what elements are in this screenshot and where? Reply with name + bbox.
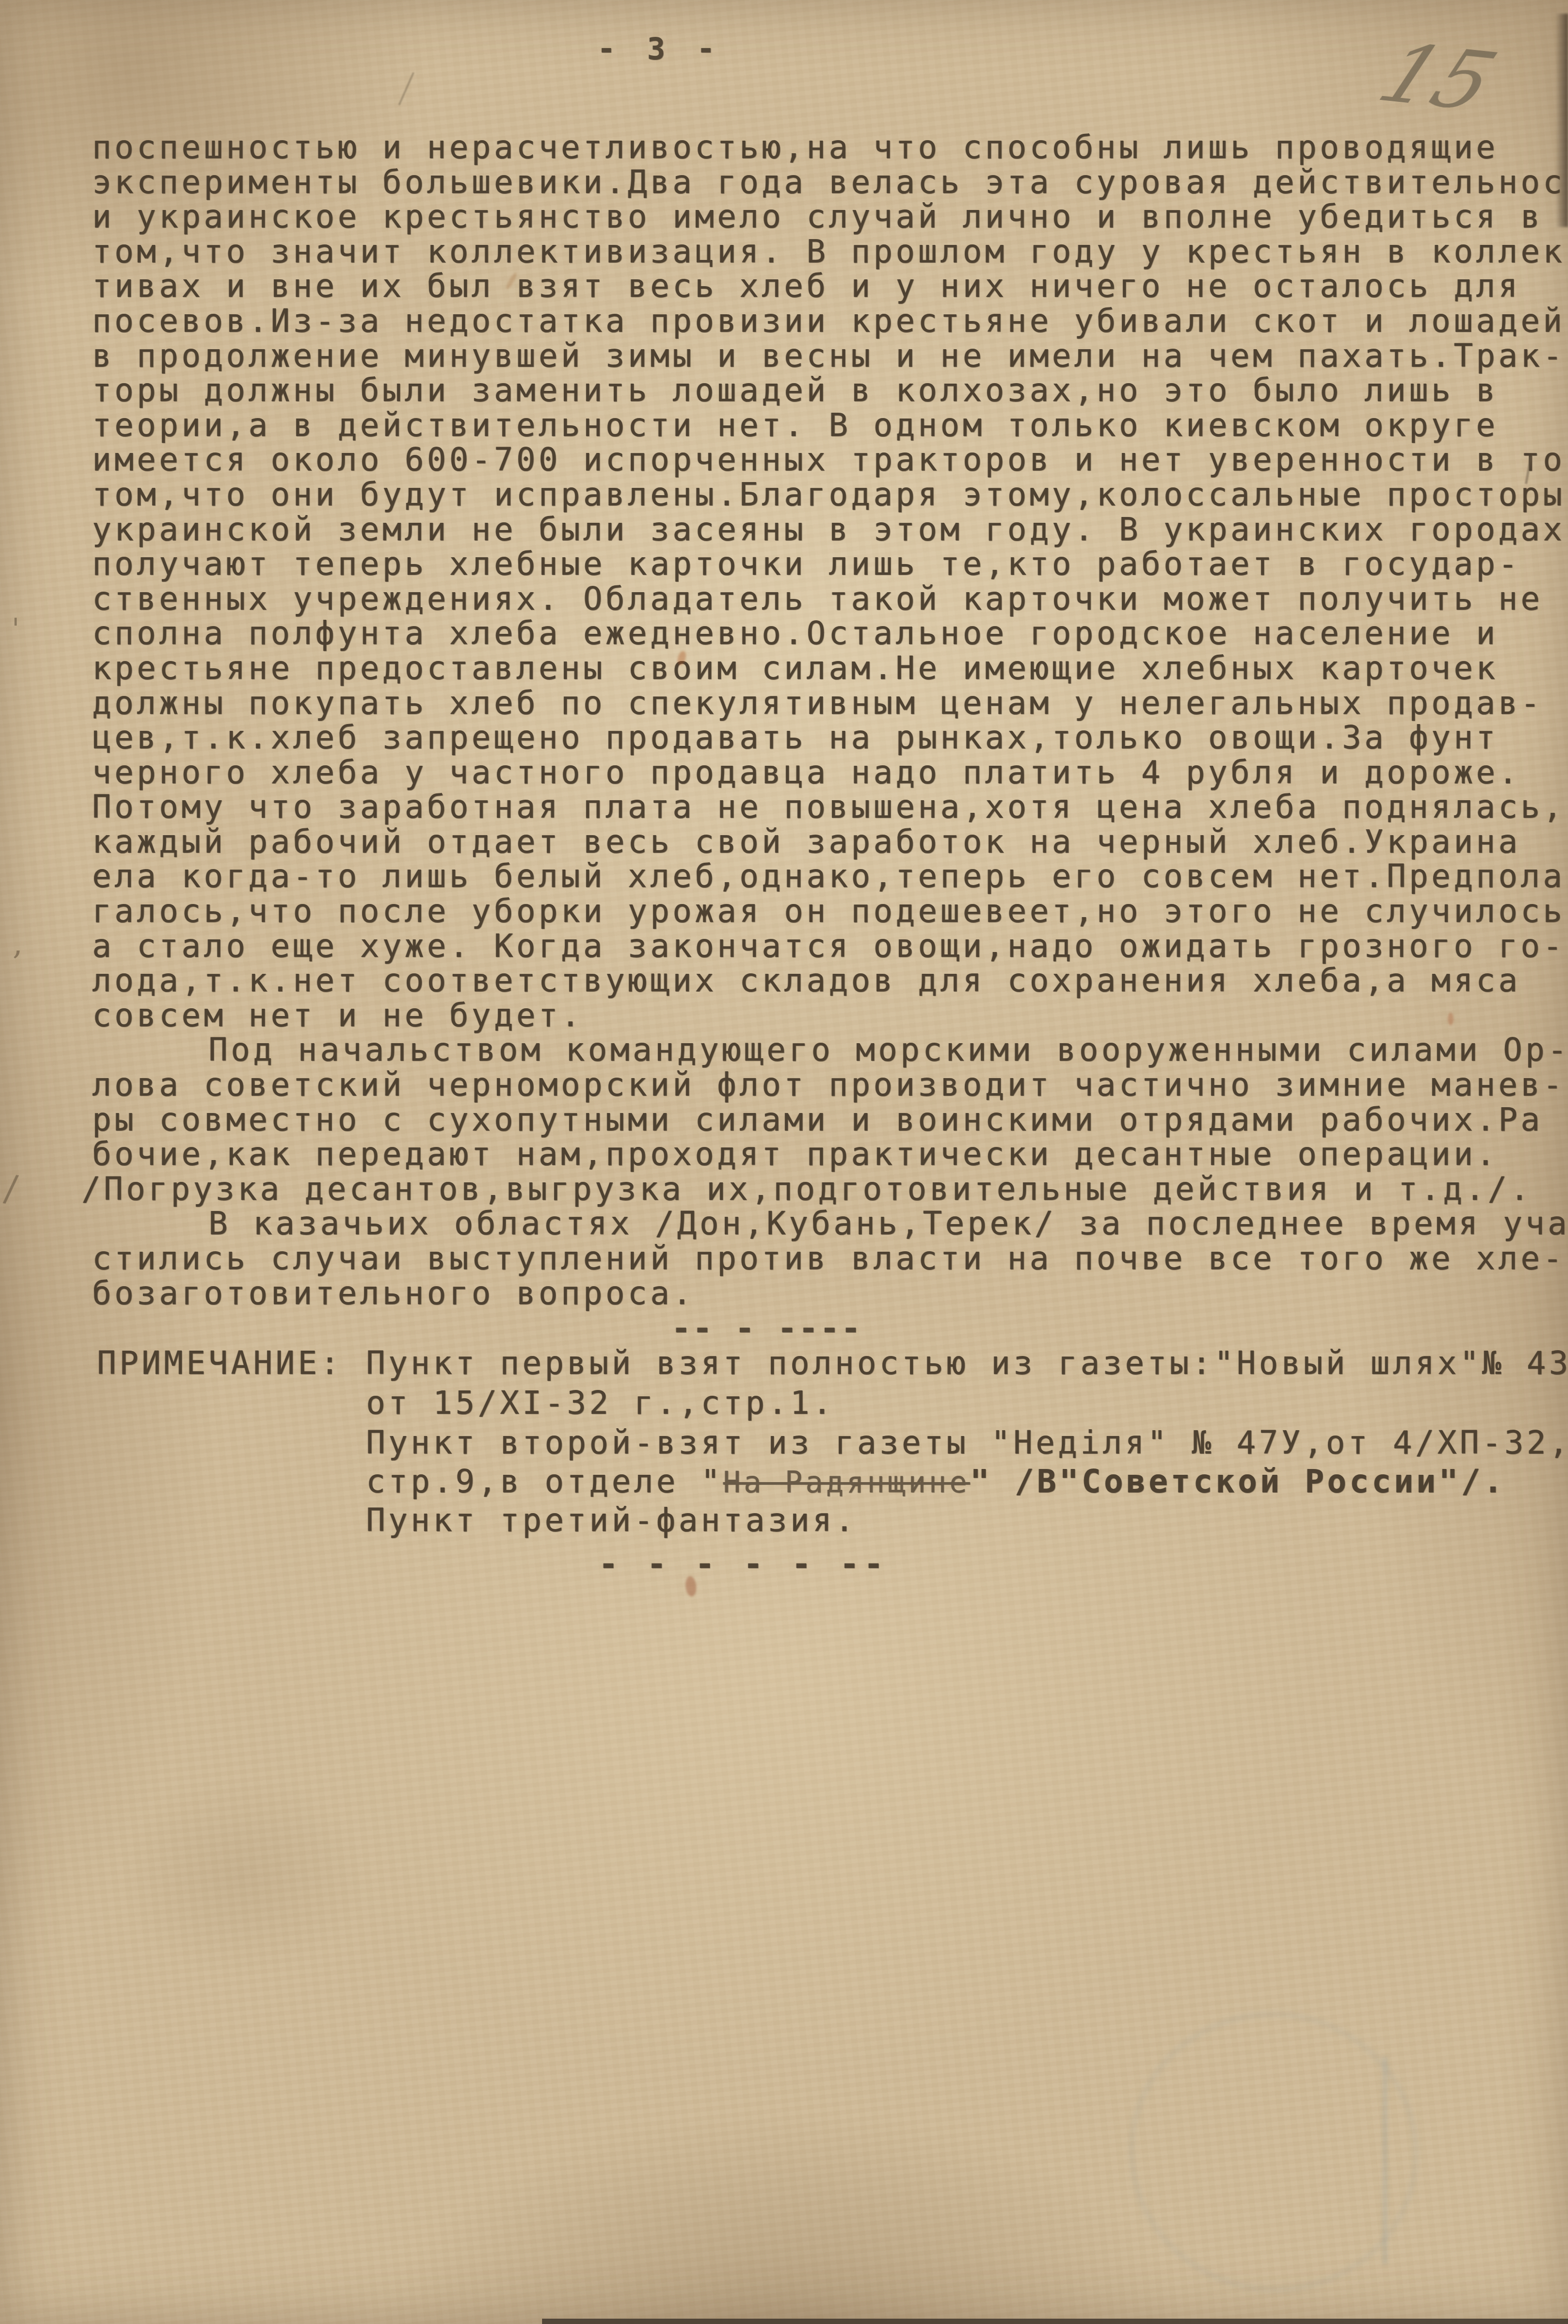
typewritten-line: стились случаи выступлений против власти…	[92, 1241, 1568, 1276]
scan-edge-dark-patch	[1555, 14, 1568, 227]
typewritten-line: цев,т.к.хлеб запрещено продавать на рынк…	[92, 720, 1568, 755]
note-line-1: Пункт первый взят полностью из газеты:"Н…	[366, 1344, 1568, 1382]
typewritten-line: совсем нет и не будет.	[92, 998, 1568, 1033]
typewritten-line: черного хлеба у частного продавца надо п…	[92, 755, 1568, 790]
pencil-comma-mark: ,	[13, 924, 23, 962]
note-line-3: Пункт второй-взят из газеты "Неділя" № 4…	[366, 1424, 1568, 1461]
paper-blotch	[116, 1775, 368, 1979]
typewritten-line: /Погрузка десантов,выгрузка их,подготови…	[81, 1172, 1568, 1207]
typed-dash-separator: -- - ----	[672, 1309, 863, 1347]
pencil-stroke-under-header	[398, 72, 415, 105]
note-line-4: стр.9,в отделе "На Радянщине" /В"Советск…	[366, 1463, 1506, 1500]
handwritten-folio-number: 15	[1366, 27, 1509, 129]
typewritten-line: эксперименты большевики.Два года велась …	[92, 165, 1568, 200]
typewritten-line: том,что они будут исправлены.Благодаря э…	[92, 477, 1568, 512]
typewritten-line: посевов.Из-за недостатка провизии кресть…	[92, 304, 1568, 339]
typewritten-line: и украинское крестьянство имело случай л…	[92, 199, 1568, 234]
typewritten-line: имеется около 600-700 испорченных тракто…	[92, 442, 1568, 477]
typewritten-line: в продолжение минувшей зимы и весны и не…	[92, 339, 1568, 373]
typewritten-line: лова советский черноморский флот произво…	[92, 1067, 1568, 1102]
typewritten-line: ры совместно с сухопутными силами и воин…	[92, 1102, 1568, 1137]
note-line-2: от 15/XI-32 г.,стр.1.	[366, 1384, 835, 1421]
typewritten-line: Под начальством командующего морскими во…	[208, 1033, 1568, 1067]
typewritten-line: украинской земли не были засеяны в этом …	[92, 512, 1568, 547]
typewritten-line: том,что значит коллективизация. В прошло…	[92, 234, 1568, 269]
typewritten-line: ела когда-то лишь белый хлеб,однако,тепе…	[92, 859, 1568, 894]
scan-bottom-edge-line	[542, 2319, 1568, 2324]
typewritten-line: каждый рабочий отдает весь свой заработо…	[92, 824, 1568, 859]
typewritten-line: Потому что заработная плата не повышена,…	[92, 790, 1568, 824]
typewritten-line: сполна полфунта хлеба ежедневно.Остально…	[92, 616, 1568, 651]
typewritten-line: бозаготовительного вопроса.	[92, 1276, 1568, 1311]
faint-blue-stamp-streak	[1383, 2056, 1387, 2265]
note-line-5: Пункт третий-фантазия.	[366, 1501, 857, 1539]
rust-fleck	[1448, 1013, 1454, 1025]
typewritten-line: лода,т.к.нет соответствующих складов для…	[92, 963, 1568, 998]
note-line-4-struck-text: На Радянщине	[723, 1466, 970, 1500]
typewritten-line: галось,что после уборки урожая он подеше…	[92, 894, 1568, 929]
note-label: ПРИМЕЧАНИЕ:	[97, 1344, 342, 1382]
note-line-4-post: " /В"Советской России"/.	[970, 1463, 1506, 1500]
typewritten-line: крестьяне предоставлены своим силам.Не и…	[92, 651, 1568, 686]
page-number-header: - 3 -	[597, 31, 722, 66]
typewritten-line: тивах и вне их был взят весь хлеб и у ни…	[92, 269, 1568, 304]
typewritten-line: должны покупать хлеб по спекулятивным це…	[92, 686, 1568, 721]
typewritten-line: поспешностью и нерасчетливостью,на что с…	[92, 130, 1568, 165]
faint-blue-stamp-circle	[1110, 1992, 1438, 2312]
note-line-4-pre: стр.9,в отделе "	[366, 1463, 723, 1500]
typewritten-line: бочие,как передают нам,проходят практиче…	[92, 1137, 1568, 1172]
typewritten-line: получают теперь хлебные карточки лишь те…	[92, 547, 1568, 581]
pencil-slash-mark: /	[2, 1167, 20, 1210]
typewritten-line: ственных учреждениях. Обладатель такой к…	[92, 581, 1568, 616]
typewritten-line: В казачьих областях /Дон,Кубань,Терек/ з…	[208, 1206, 1568, 1241]
typewritten-line: а стало еще хуже. Когда закончатся овощи…	[92, 929, 1568, 964]
scanned-typewritten-page: - 3 - 15 поспешностью и нерасчетливостью…	[0, 0, 1568, 2324]
typewritten-line: теории,а в действительности нет. В одном…	[92, 408, 1568, 443]
pencil-tick-mark: '	[12, 612, 20, 646]
typewritten-body: поспешностью и нерасчетливостью,на что с…	[92, 130, 1568, 1310]
typed-dot-separator: - - - - - --	[599, 1545, 888, 1582]
typewritten-line: торы должны были заменить лошадей в колх…	[92, 373, 1568, 408]
